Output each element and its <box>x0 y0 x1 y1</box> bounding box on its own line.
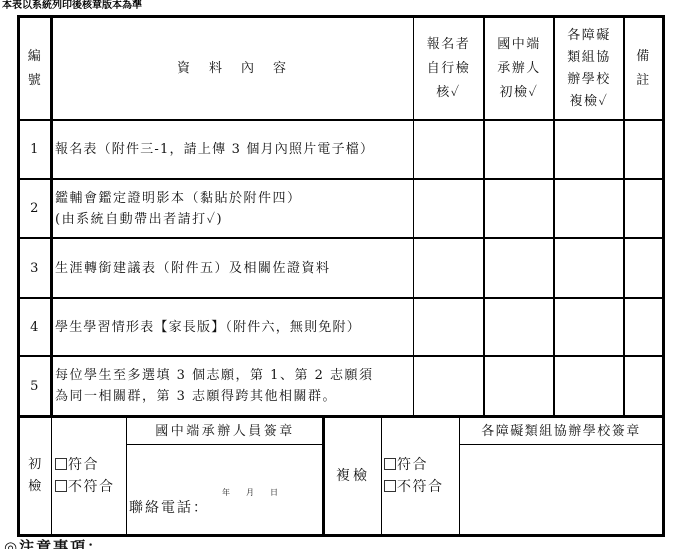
header-line: 自行檢 <box>427 57 471 81</box>
header-line: 註 <box>636 69 651 93</box>
row-number: 2 <box>20 180 50 237</box>
checkbox-icon[interactable] <box>55 458 67 470</box>
review-check-label: 複檢 <box>325 418 381 534</box>
row-content-line: 報名表（附件三-1，請上傳 3 個月內照片電子檔） <box>55 139 374 160</box>
checkbox-label: 不符合 <box>397 479 444 495</box>
checkbox-label: 不符合 <box>68 479 115 495</box>
header-line: 備 <box>636 45 651 69</box>
checkbox-label: 符合 <box>397 457 428 473</box>
header-junior-check: 國中端 承辦人 初檢✓ <box>485 18 553 119</box>
checkbox-label: 符合 <box>68 457 99 473</box>
row-number: 1 <box>20 121 50 178</box>
header-no-line: 編 <box>28 45 43 69</box>
row-content-line: 為同一相關群，第 3 志願得跨其他相關群。 <box>55 386 337 407</box>
header-self-check: 報名者 自行檢 核✓ <box>414 18 483 119</box>
row-content: 每位學生至多選填 3 個志願，第 1、第 2 志願須 為同一相關群，第 3 志願… <box>53 357 413 415</box>
header-remarks: 備 註 <box>625 18 662 119</box>
row-content: 報名表（附件三-1，請上傳 3 個月內照片電子檔） <box>53 121 413 178</box>
row-content-line: 每位學生至多選填 3 個志願，第 1、第 2 志願須 <box>55 365 373 386</box>
header-school-check: 各障礙 類組協 辦學校 複檢✓ <box>555 18 623 119</box>
header-content: 資 料 內 容 <box>53 18 413 119</box>
row-content-line: 學生學習情形表【家長版】（附件六，無則免附） <box>55 317 361 338</box>
header-no-line: 號 <box>28 69 43 93</box>
initial-pass-checkbox[interactable]: 符合 <box>55 454 99 476</box>
row-content: 學生學習情形表【家長版】（附件六，無則免附） <box>53 299 413 355</box>
header-line: 承辦人 <box>497 57 541 81</box>
junior-sign-area[interactable]: 年 月 日 聯絡電話： <box>127 445 323 534</box>
school-sign-area[interactable] <box>460 445 662 534</box>
checkbox-icon[interactable] <box>384 458 396 470</box>
row-number: 4 <box>20 299 50 355</box>
row-content-line: (由系統自動帶出者請打✓) <box>55 209 223 230</box>
review-check-options: 符合 不符合 <box>382 418 459 534</box>
checkbox-icon[interactable] <box>384 480 396 492</box>
review-fail-checkbox[interactable]: 不符合 <box>384 476 444 498</box>
header-line: 複檢✓ <box>570 91 609 113</box>
checkbox-icon[interactable] <box>55 480 67 492</box>
junior-sign-title: 國中端承辦人員簽章 <box>127 418 323 444</box>
initial-check-label-line: 初 <box>28 454 43 476</box>
footer-divider <box>51 417 52 535</box>
row-number: 3 <box>20 239 50 297</box>
header-line: 初檢✓ <box>500 81 539 105</box>
header-line: 各障礙 <box>567 25 611 47</box>
row-content: 鑑輔會鑑定證明影本（黏貼於附件四） (由系統自動帶出者請打✓) <box>53 180 413 237</box>
phone-label: 聯絡電話： <box>129 498 209 518</box>
notes-heading: ◎注意事項： <box>4 538 104 549</box>
header-no: 編 號 <box>20 18 50 119</box>
initial-check-label: 初 檢 <box>20 418 51 534</box>
school-sign-title: 各障礙類組協辦學校簽章 <box>460 418 662 444</box>
row-content-line: 生涯轉銜建議表（附件五）及相關佐證資料 <box>55 258 331 279</box>
date-labels: 年 月 日 <box>222 487 282 498</box>
table-bottom-border <box>17 534 665 537</box>
review-pass-checkbox[interactable]: 符合 <box>384 454 428 476</box>
initial-check-options: 符合 不符合 <box>53 418 126 534</box>
table-right-border <box>662 15 665 537</box>
initial-fail-checkbox[interactable]: 不符合 <box>55 476 115 498</box>
row-content: 生涯轉銜建議表（附件五）及相關佐證資料 <box>53 239 413 297</box>
initial-check-label-line: 檢 <box>28 476 43 498</box>
header-line: 類組協 <box>567 47 611 69</box>
form-notice-title: 本表以系統列印後核章版本為準 <box>2 0 142 12</box>
header-line: 辦學校 <box>567 69 611 91</box>
row-content-line: 鑑輔會鑑定證明影本（黏貼於附件四） <box>55 188 302 209</box>
row-number: 5 <box>20 357 50 415</box>
header-line: 核✓ <box>436 81 460 105</box>
header-line: 國中端 <box>497 33 541 57</box>
header-line: 報名者 <box>427 33 471 57</box>
